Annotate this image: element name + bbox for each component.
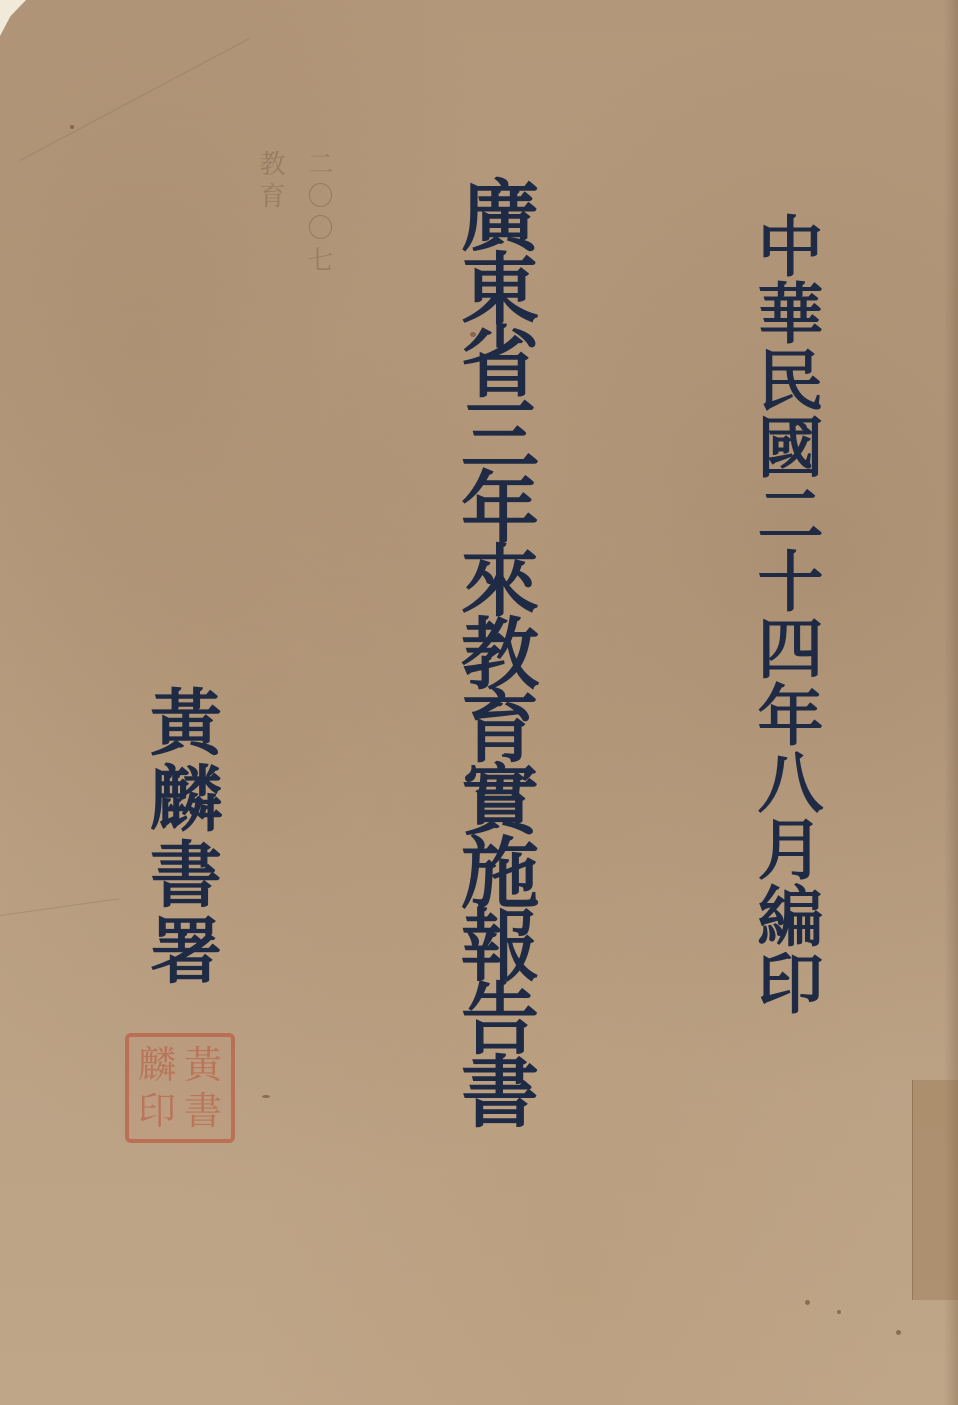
seal-char: 印: [135, 1089, 179, 1133]
pencil-annotation: 二〇〇七: [300, 150, 337, 278]
seal-char: 書: [181, 1089, 225, 1133]
library-label-patch: [912, 1080, 958, 1300]
red-seal-stamp: 麟 黃 印 書: [125, 1033, 235, 1143]
seal-char: 麟: [135, 1043, 179, 1087]
calligrapher-signature: 黃麟書署: [130, 685, 230, 989]
publication-date: 中華民國二十四年八月編印: [740, 212, 830, 1016]
document-title: 廣東省三年來教育實施報告書: [438, 175, 548, 1124]
torn-corner: [0, 0, 26, 36]
foxing-spot: [262, 1095, 270, 1098]
paper-crease: [20, 38, 250, 161]
foxing-spot: [70, 125, 74, 129]
foxing-spot: [805, 1300, 810, 1305]
paper-crease: [0, 898, 119, 916]
seal-char: 黃: [181, 1043, 225, 1087]
foxing-spot: [896, 1330, 901, 1335]
pencil-annotation: 教育: [252, 150, 289, 214]
book-cover: 二〇〇七 教育 廣東省三年來教育實施報告書 中華民國二十四年八月編印 黃麟書署 …: [0, 0, 958, 1405]
foxing-spot: [837, 1310, 841, 1314]
